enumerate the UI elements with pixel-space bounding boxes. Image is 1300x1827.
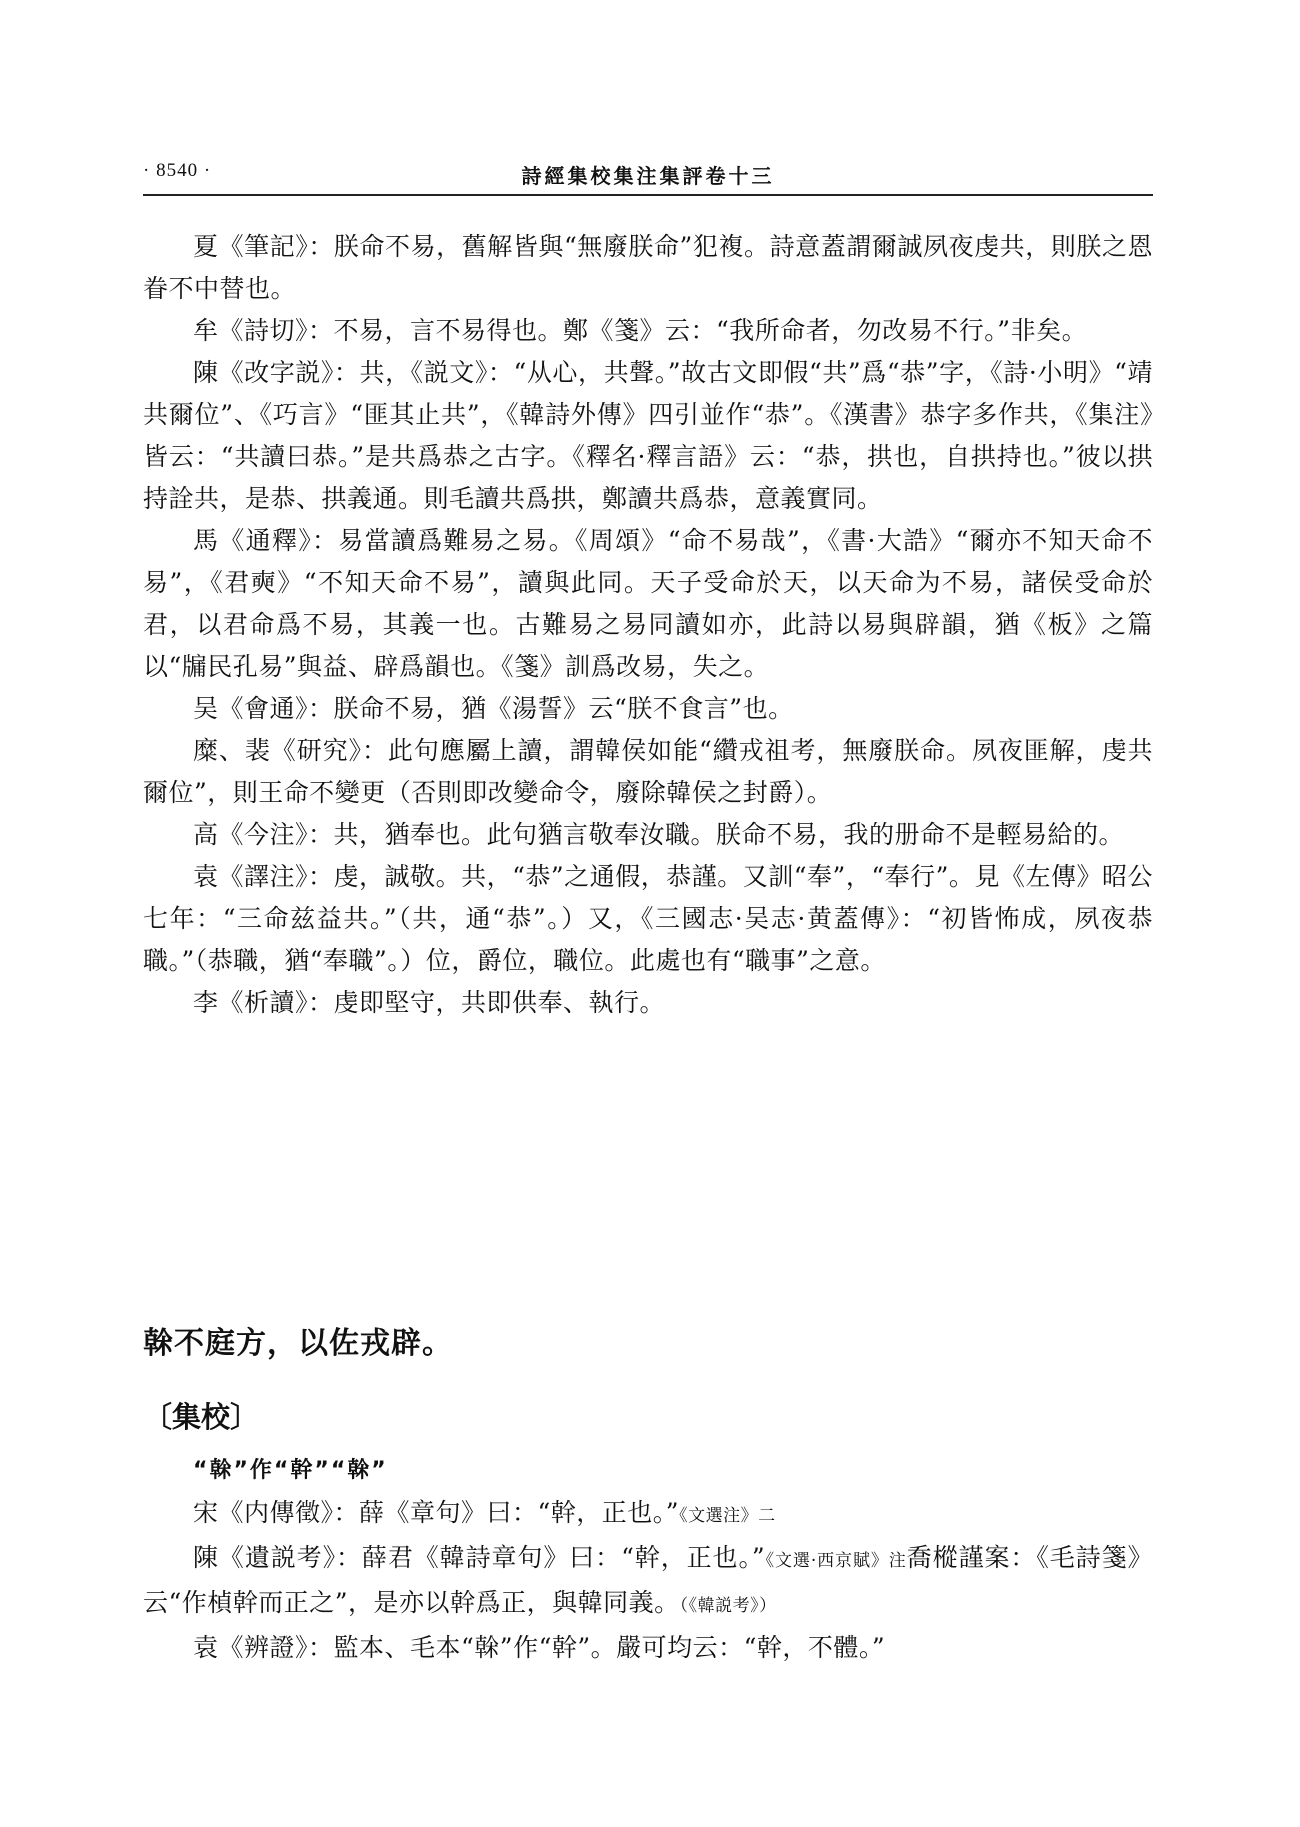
paragraph: 李《析讀》：虔即堅守，共即供奉、執行。 (143, 982, 1153, 1024)
variant-label: “榦”作“幹”“榦” (143, 1450, 1153, 1492)
entry-note: 《文選注》二 (679, 1506, 776, 1526)
entry-text: 宋《内傳徵》：薛《章句》曰：“幹，正也。” (193, 1498, 679, 1527)
entry-note: （《韓説考》） (680, 1596, 777, 1616)
book-title: 詩經集校集注集評卷十三 (143, 160, 1153, 189)
paragraph: 高《今注》：共，猶奉也。此句猶言敬奉汝職。朕命不易，我的册命不是輕易給的。 (143, 814, 1153, 856)
verse-heading: 榦不庭方，以佐戎辟。 (143, 1318, 453, 1362)
collation-entry: 陳《遺説考》：薛君《韓詩章句》曰：“幹，正也。”《文選·西京賦》注喬樅謹案：《毛… (143, 1537, 1153, 1627)
entry-text: 袁《辨證》：監本、毛本“榦”作“幹”。嚴可均云：“幹，不體。” (193, 1633, 885, 1662)
header-rule (143, 194, 1153, 196)
entry-note: 《文選·西京賦》注 (765, 1551, 907, 1571)
collation-entry: 袁《辨證》：監本、毛本“榦”作“幹”。嚴可均云：“幹，不體。” (143, 1627, 1153, 1669)
paragraph: 陳《改字説》：共，《説文》：“从心，共聲。”故古文即假“共”爲“恭”字，《詩·小… (143, 352, 1153, 520)
collation-body: “榦”作“幹”“榦” 宋《内傳徵》：薛《章句》曰：“幹，正也。”《文選注》二 陳… (143, 1450, 1153, 1669)
section-heading: 〔集校〕 (143, 1395, 259, 1436)
paragraph: 馬《通釋》：易當讀爲難易之易。《周頌》“命不易哉”，《書·大誥》“爾亦不知天命不… (143, 520, 1153, 688)
commentary-body: 夏《筆記》：朕命不易，舊解皆與“無廢朕命”犯複。詩意蓋謂爾誠夙夜虔共，則朕之恩眷… (143, 226, 1153, 1024)
paragraph: 吴《會通》：朕命不易，猶《湯誓》云“朕不食言”也。 (143, 688, 1153, 730)
paragraph: 夏《筆記》：朕命不易，舊解皆與“無廢朕命”犯複。詩意蓋謂爾誠夙夜虔共，則朕之恩眷… (143, 226, 1153, 310)
paragraph: 袁《譯注》：虔，誠敬。共，“恭”之通假，恭謹。又訓“奉”，“奉行”。見《左傳》昭… (143, 856, 1153, 982)
paragraph: 牟《詩切》：不易，言不易得也。鄭《箋》云：“我所命者，勿改易不行。”非矣。 (143, 310, 1153, 352)
running-head: · 8540 · 詩經集校集注集評卷十三 (143, 160, 1153, 190)
paragraph: 糜、裴《研究》：此句應屬上讀，謂韓侯如能“纘戎祖考，無廢朕命。夙夜匪解，虔共爾位… (143, 730, 1153, 814)
entry-text: 陳《遺説考》：薛君《韓詩章句》曰：“幹，正也。” (193, 1543, 765, 1572)
book-page: · 8540 · 詩經集校集注集評卷十三 夏《筆記》：朕命不易，舊解皆與“無廢朕… (0, 0, 1300, 1827)
collation-entry: 宋《内傳徵》：薛《章句》曰：“幹，正也。”《文選注》二 (143, 1492, 1153, 1537)
